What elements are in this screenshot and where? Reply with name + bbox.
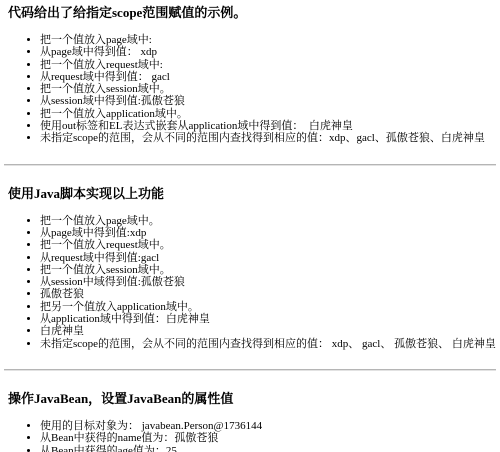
- section-list: 把一个值放入page域中。从page域中得到值:xdp把一个值放入request…: [8, 215, 492, 350]
- list-item: 从page域中得到值:xdp: [40, 227, 492, 239]
- section-el-scope-demo: 代码给出了给指定scope范围赋值的示例。 把一个值放入page域中:从page…: [8, 5, 492, 145]
- list-item: 白虎神皇: [40, 325, 492, 337]
- list-item: 把一个值放入page域中。: [40, 215, 492, 227]
- list-item: 把一个值放入session域中。: [40, 264, 492, 276]
- section-list: 把一个值放入page域中:从page域中得到值： xdp把一个值放入reques…: [8, 34, 492, 145]
- rendered-jsp-output-page: 代码给出了给指定scope范围赋值的示例。 把一个值放入page域中:从page…: [0, 0, 500, 452]
- section-java-script-demo: 使用Java脚本实现以上功能 把一个值放入page域中。从page域中得到值:x…: [8, 186, 492, 350]
- list-item: 从session中域得到值:孤傲苍狼: [40, 276, 492, 288]
- list-item: 把一个值放入application域中。: [40, 108, 492, 120]
- list-item: 未指定scope的范围，会从不同的范围内查找得到相应的值：xdp、gacl、孤傲…: [40, 132, 492, 144]
- section-javabean-demo: 操作JavaBean，设置JavaBean的属性值 使用的目标对象为： java…: [8, 391, 492, 452]
- list-item: 把一个值放入request域中。: [40, 239, 492, 251]
- list-item: 从request域中得到值： gacl: [40, 71, 492, 83]
- list-item: 孤傲苍狼: [40, 288, 492, 300]
- section-divider: [4, 164, 496, 166]
- list-item: 使用out标签和EL表达式嵌套从application域中得到值： 白虎神皇: [40, 120, 492, 132]
- list-item: 从session域中得到值:孤傲苍狼: [40, 95, 492, 107]
- list-item: 未指定scope的范围，会从不同的范围内查找得到相应的值： xdp、 gacl、…: [40, 338, 492, 350]
- section-heading: 操作JavaBean，设置JavaBean的属性值: [8, 391, 492, 407]
- list-item: 把一个值放入page域中:: [40, 34, 492, 46]
- section-heading: 使用Java脚本实现以上功能: [8, 186, 492, 202]
- list-item: 把一个值放入session域中。: [40, 83, 492, 95]
- list-item: 从request域中得到值:gacl: [40, 252, 492, 264]
- list-item: 把另一个值放入application域中。: [40, 301, 492, 313]
- section-heading: 代码给出了给指定scope范围赋值的示例。: [8, 5, 492, 21]
- section-divider: [4, 369, 496, 371]
- list-item: 把一个值放入request域中:: [40, 59, 492, 71]
- list-item: 从page域中得到值： xdp: [40, 46, 492, 58]
- list-item: 从application域中得到值：白虎神皇: [40, 313, 492, 325]
- list-item: 使用的目标对象为： javabean.Person@1736144: [40, 420, 492, 432]
- section-list: 使用的目标对象为： javabean.Person@1736144从Bean中获…: [8, 420, 492, 452]
- list-item: 从Bean中获得的age值为：25: [40, 445, 492, 452]
- list-item: 从Bean中获得的name值为：孤傲苍狼: [40, 432, 492, 444]
